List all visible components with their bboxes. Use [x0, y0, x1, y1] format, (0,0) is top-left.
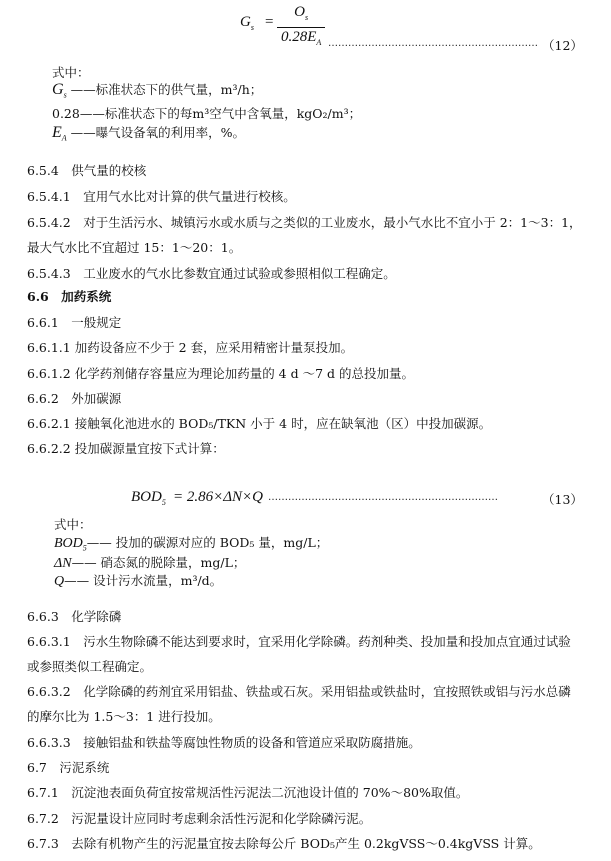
- legend-intro: 式中：: [52, 65, 90, 81]
- formula-13-leader: ……………………………………………………………: [268, 492, 498, 503]
- paragraph-continuation: 最大气水比不宜超过 15：1～20：1。: [27, 240, 241, 256]
- legend-intro: 式中：: [54, 517, 92, 533]
- formula-12-equals: =: [265, 14, 273, 31]
- formula-12-lhs: Gs: [240, 14, 254, 32]
- paragraph: 6.6.3.3 接触铝盐和铁盐等腐蚀性物质的设备和管道应采取防腐措施。: [27, 735, 421, 751]
- formula-12-fraction: Os 0.28EA: [277, 3, 325, 52]
- section-heading: 6.5.4 供气量的校核: [27, 163, 146, 179]
- paragraph: 6.7.3 去除有机物产生的污泥量宜按去除每公斤 BOD₅产生 0.2kgVSS…: [27, 836, 541, 852]
- paragraph-continuation: 的摩尔比为 1.5～3：1 进行投加。: [27, 709, 221, 725]
- subsection-heading: 6.6.2 外加碳源: [27, 391, 121, 407]
- formula-13-rhs: = 2.86×ΔN×Q: [173, 489, 263, 506]
- paragraph: 6.7.2 污泥量设计应同时考虑剩余活性污泥和化学除磷污泥。: [27, 811, 371, 827]
- legend-item: EA ——曝气设备氧的利用率，%。: [52, 125, 245, 147]
- paragraph: 6.6.2.2 投加碳源量宜按下式计算：: [27, 441, 225, 457]
- paragraph: 6.5.4.1 宜用气水比对计算的供气量进行校核。: [27, 189, 296, 205]
- paragraph-continuation: 或参照类似工程确定。: [27, 659, 152, 675]
- paragraph: 6.6.2.1 接触氧化池进水的 BOD₅/TKN 小于 4 时，应在缺氧池（区…: [27, 416, 491, 432]
- legend-item: BOD5—— 投加的碳源对应的 BOD₅ 量，mg/L；: [54, 535, 328, 557]
- legend-item: Gs ——标准状态下的供气量，m³/h；: [52, 82, 262, 104]
- subsection-heading: 6.6.1 一般规定: [27, 315, 121, 331]
- formula-13-lhs: BOD5: [131, 489, 166, 507]
- legend-item: 0.28——标准状态下的每m³空气中含氧量，kgO₂/m³；: [52, 106, 361, 122]
- paragraph: 6.7.1 沉淀池表面负荷宜按常规活性污泥法二沉池设计值的 70%～80%取值。: [27, 785, 468, 801]
- paragraph: 6.6.3.1 污水生物除磷不能达到要求时，宜采用化学除磷。药剂种类、投加量和投…: [27, 634, 571, 650]
- paragraph: 6.5.4.3 工业废水的气水比参数宜通过试验或参照相似工程确定。: [27, 266, 396, 282]
- legend-item: ΔN—— 硝态氮的脱除量，mg/L；: [54, 555, 245, 572]
- paragraph: 6.6.3.2 化学除磷的药剂宜采用铝盐、铁盐或石灰。采用铝盐或铁盐时，宜按照铁…: [27, 684, 571, 700]
- section-heading: 6.6 加药系统: [27, 289, 111, 305]
- formula-12-leader: ………………………………………………………: [328, 38, 538, 49]
- paragraph: 6.6.1.2 化学药剂储存容量应为理论加药量的 4 d ～7 d 的总投加量。: [27, 366, 414, 382]
- formula-12-number: （12）: [542, 36, 583, 54]
- paragraph: 6.5.4.2 对于生活污水、城镇污水或水质与之类似的工业废水，最小气水比不宜小…: [27, 215, 582, 231]
- legend-item: Q—— 设计污水流量，m³/d。: [54, 573, 222, 590]
- section-heading: 6.7 污泥系统: [27, 760, 109, 776]
- paragraph: 6.6.1.1 加药设备应不少于 2 套，应采用精密计量泵投加。: [27, 340, 353, 356]
- formula-13-number: （13）: [542, 490, 583, 508]
- subsection-heading: 6.6.3 化学除磷: [27, 609, 121, 625]
